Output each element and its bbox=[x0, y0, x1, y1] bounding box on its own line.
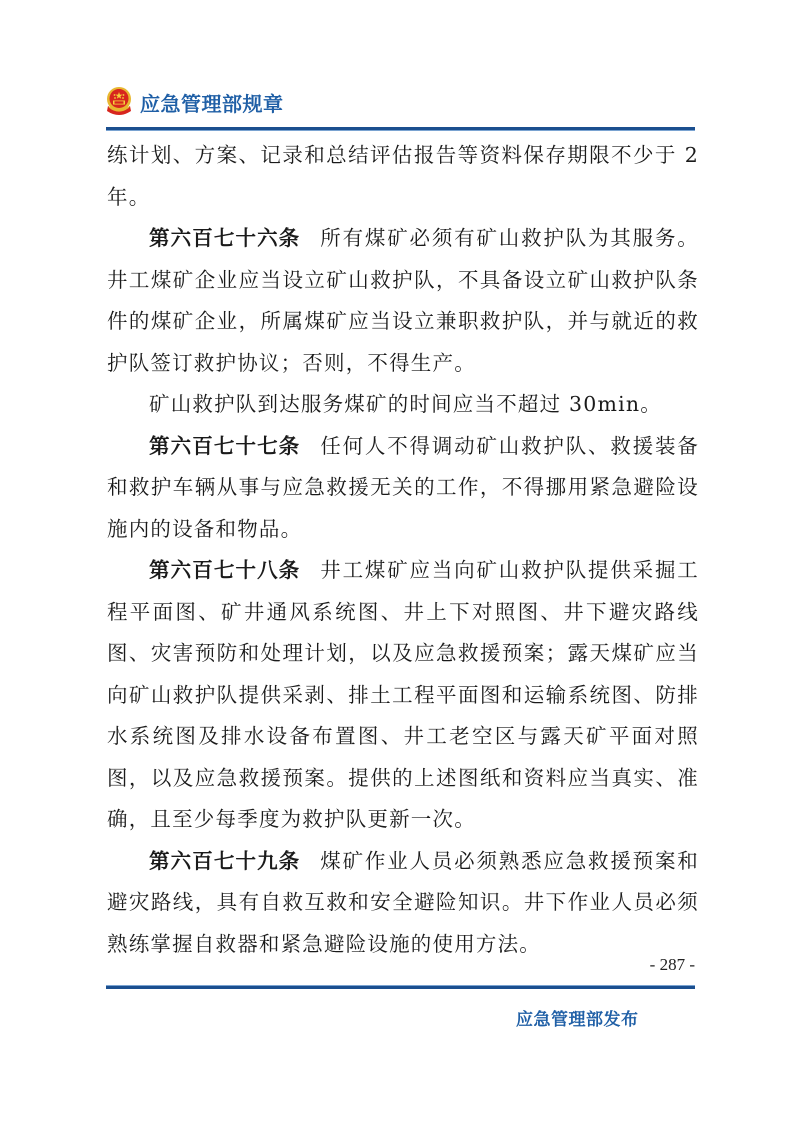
article-number: 第六百七十八条 bbox=[149, 558, 300, 582]
page-header: 应急管理部规章 bbox=[104, 84, 284, 120]
article-number: 第六百七十六条 bbox=[149, 226, 300, 250]
article-number: 第六百七十七条 bbox=[149, 434, 300, 458]
article-676-clause-2: 矿山救护队到达服务煤矿的时间应当不超过 30min。 bbox=[107, 384, 699, 426]
national-emblem-icon bbox=[104, 86, 134, 118]
article-676: 第六百七十六条所有煤矿必须有矿山救护队为其服务。井工煤矿企业应当设立矿山救护队，… bbox=[107, 218, 699, 384]
paragraph-continuation: 练计划、方案、记录和总结评估报告等资料保存期限不少于 2 年。 bbox=[107, 135, 699, 218]
paragraph-text: 练计划、方案、记录和总结评估报告等资料保存期限不少于 2 年。 bbox=[107, 143, 699, 209]
paragraph-text: 井工煤矿应当向矿山救护队提供采掘工程平面图、矿井通风系统图、井上下对照图、井下避… bbox=[107, 558, 699, 831]
header-title: 应急管理部规章 bbox=[140, 88, 284, 117]
header-rule bbox=[106, 127, 695, 130]
footer-publisher: 应急管理部发布 bbox=[516, 1005, 639, 1030]
article-677: 第六百七十七条任何人不得调动矿山救护队、救援装备和救护车辆从事与应急救援无关的工… bbox=[107, 426, 699, 551]
footer-rule bbox=[106, 986, 695, 989]
article-679: 第六百七十九条煤矿作业人员必须熟悉应急救援预案和避灾路线，具有自救互救和安全避险… bbox=[107, 841, 699, 966]
article-678: 第六百七十八条井工煤矿应当向矿山救护队提供采掘工程平面图、矿井通风系统图、井上下… bbox=[107, 550, 699, 841]
document-body: 练计划、方案、记录和总结评估报告等资料保存期限不少于 2 年。 第六百七十六条所… bbox=[107, 135, 699, 965]
paragraph-text: 矿山救护队到达服务煤矿的时间应当不超过 30min。 bbox=[149, 392, 662, 416]
article-number: 第六百七十九条 bbox=[149, 849, 300, 873]
page-number: - 287 - bbox=[620, 955, 695, 975]
